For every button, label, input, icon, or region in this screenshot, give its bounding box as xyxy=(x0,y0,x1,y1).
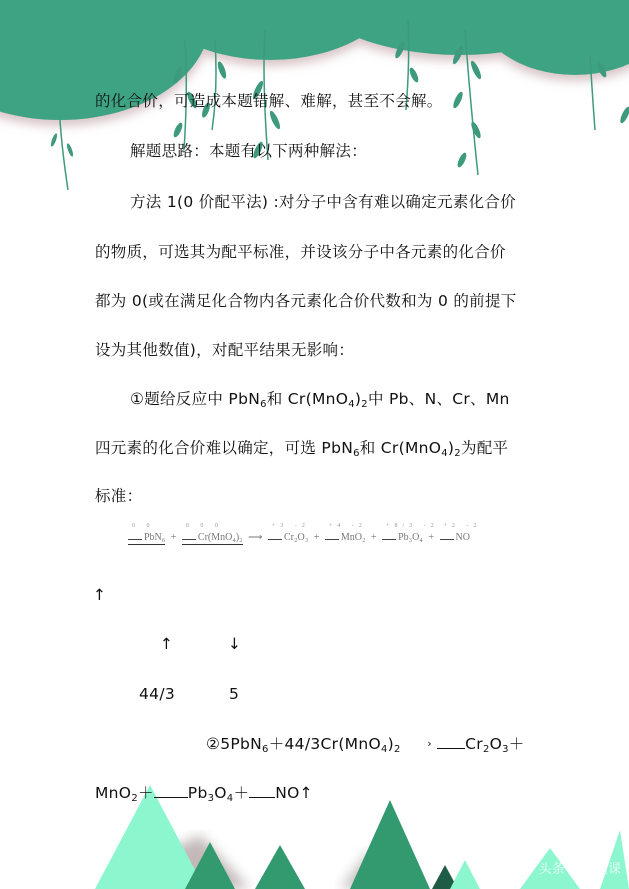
eq-term-pb3o4: +8/3 -2Pb₃O₄ xyxy=(382,532,423,543)
step1-line1: ①题给反应中 PbN6和 Cr(MnO4)2中 Pb、N、Cr、Mn xyxy=(130,389,510,409)
eq-term-crmno4: 0 0 0Cr(MnO₄)₂ xyxy=(182,532,243,545)
method1-line4: 设为其他数值)，对配平结果无影响： xyxy=(95,340,354,360)
eq-term-pbn6: 0 0PbN₆ xyxy=(128,532,165,545)
method1-line1: 方法 1(0 价配平法) :对分子中含有难以确定元素化合价 xyxy=(130,192,516,212)
up-arrow: ↑ xyxy=(160,634,173,654)
method1-line2: 的物质，可选其为配平标准，并设该分子中各元素的化合价 xyxy=(95,242,506,262)
answer-blank xyxy=(249,797,275,798)
answer-blank xyxy=(437,748,465,749)
eq-term-no: +2 -2NO xyxy=(440,532,470,543)
oxidation-equation: 0 0PbN₆ + 0 0 0Cr(MnO₄)₂ ⟶ +3 -2Cr₂O₃ + … xyxy=(128,532,473,560)
paragraph-solution-approach: 解题思路：本题有以下两种解法： xyxy=(130,141,367,161)
step2-line2: MnO2＋Pb3O4＋NO↑ xyxy=(95,783,313,803)
value-increase: 44/3 xyxy=(139,684,175,704)
down-arrow: ↓ xyxy=(228,634,241,654)
eq-term-cr2o3: +3 -2Cr₂O₃ xyxy=(268,532,308,543)
step2-line1: ②5PbN6＋44/3Cr(MnO4)2 › Cr2O3＋ xyxy=(206,734,525,754)
eq-term-mno2: +4 -2MnO₂ xyxy=(325,532,366,543)
gas-arrow: ↑ xyxy=(93,585,106,605)
answer-blank xyxy=(154,797,188,798)
step1-line2: 四元素的化合价难以确定，可选 PbN6和 Cr(MnO4)2为配平 xyxy=(95,438,508,458)
watermark: 头条号/读懂课 xyxy=(539,858,621,877)
paragraph-1: 的化合价，可造成本题错解、难解，甚至不会解。 xyxy=(95,91,443,111)
method1-line3: 都为 0(或在满足化合物内各元素化合价代数和为 0 的前提下 xyxy=(95,291,517,311)
value-decrease: 5 xyxy=(229,684,239,704)
step1-line3: 标准： xyxy=(95,486,142,506)
